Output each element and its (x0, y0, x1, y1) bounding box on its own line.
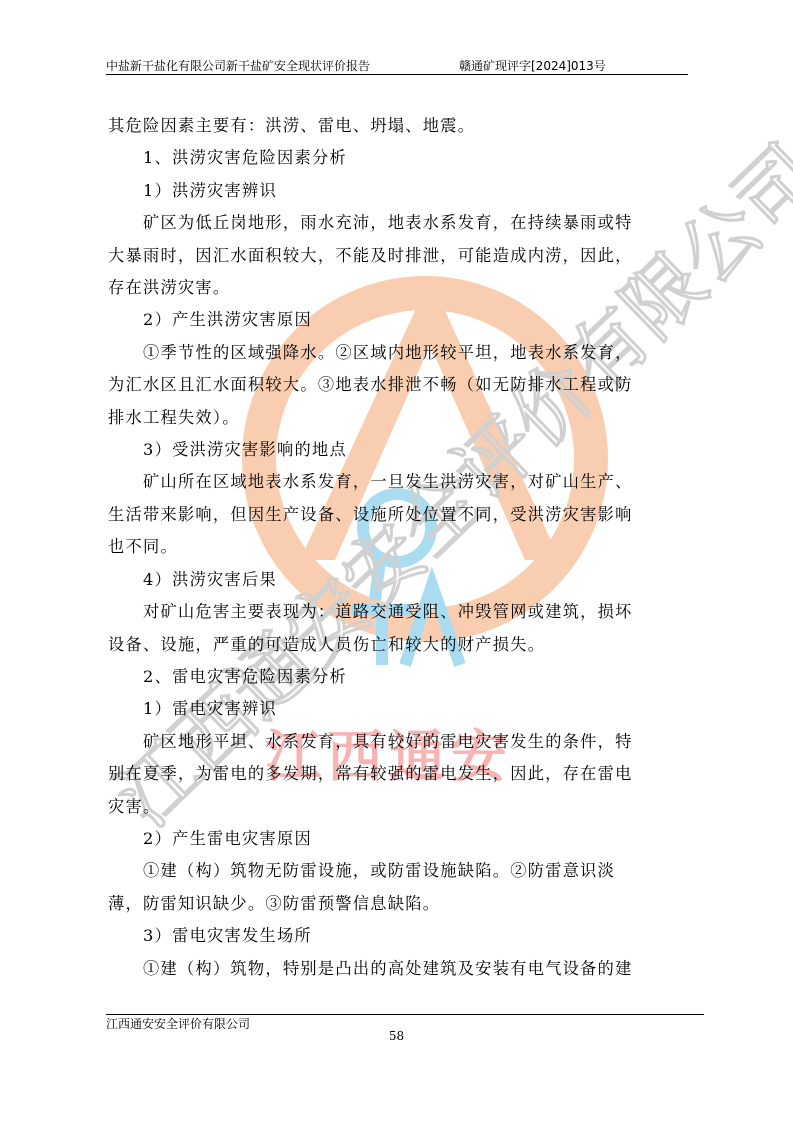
paragraph-line: 别在夏季，为雷电的多发期，常有较强的雷电发生，因此，存在雷电 (108, 758, 686, 790)
paragraph-line: 也不同。 (108, 531, 686, 563)
paragraph-line: ①建（构）筑物无防雷设施，或防雷设施缺陷。②防雷意识淡 (108, 855, 686, 887)
paragraph-line: ①季节性的区域强降水。②区域内地形较平坦，地表水系发育， (108, 337, 686, 369)
paragraph-line: 矿山所在区域地表水系发育，一旦发生洪涝灾害，对矿山生产、 (108, 466, 686, 498)
paragraph-line: 存在洪涝灾害。 (108, 272, 686, 304)
paragraph-line: 1）洪涝灾害辨识 (108, 175, 686, 207)
paragraph-line: 其危险因素主要有：洪涝、雷电、坍塌、地震。 (108, 110, 686, 142)
paragraph-line: 排水工程失效）。 (108, 402, 686, 434)
paragraph-line: 设备、设施，严重的可造成人员伤亡和较大的财产损失。 (108, 629, 686, 661)
paragraph-line: 对矿山危害主要表现为：道路交通受阻、冲毁管网或建筑，损坏 (108, 596, 686, 628)
paragraph-line: 3）受洪涝灾害影响的地点 (108, 434, 686, 466)
page-number: 58 (0, 1029, 793, 1043)
report-title: 中盐新干盐化有限公司新干盐矿安全现状评价报告 (106, 57, 370, 74)
paragraph-line: 薄，防雷知识缺少。③防雷预警信息缺陷。 (108, 888, 686, 920)
document-page: 中盐新干盐化有限公司新干盐矿安全现状评价报告 赣通矿现评字[2024]013号 … (0, 0, 793, 1122)
paragraph-line: 1、洪涝灾害危险因素分析 (108, 142, 686, 174)
paragraph-line: 2）产生雷电灾害原因 (108, 823, 686, 855)
paragraph-line: 大暴雨时，因汇水面积较大，不能及时排泄，可能造成内涝，因此， (108, 240, 686, 272)
page-header: 中盐新干盐化有限公司新干盐矿安全现状评价报告 赣通矿现评字[2024]013号 (106, 56, 688, 75)
paragraph-line: 4）洪涝灾害后果 (108, 564, 686, 596)
paragraph-line: 为汇水区且汇水面积较大。③地表水排泄不畅（如无防排水工程或防 (108, 369, 686, 401)
paragraph-line: 矿区地形平坦、水系发育，具有较好的雷电灾害发生的条件，特 (108, 726, 686, 758)
paragraph-line: 2）产生洪涝灾害原因 (108, 304, 686, 336)
report-number: 赣通矿现评字[2024]013号 (459, 57, 606, 74)
paragraph-line: 矿区为低丘岗地形，雨水充沛，地表水系发育，在持续暴雨或特 (108, 207, 686, 239)
paragraph-line: 3）雷电灾害发生场所 (108, 920, 686, 952)
paragraph-line: ①建（构）筑物，特别是凸出的高处建筑及安装有电气设备的建 (108, 953, 686, 985)
paragraph-line: 灾害。 (108, 791, 686, 823)
paragraph-line: 生活带来影响，但因生产设备、设施所处位置不同，受洪涝灾害影响 (108, 499, 686, 531)
paragraph-line: 2、雷电灾害危险因素分析 (108, 661, 686, 693)
document-body: 其危险因素主要有：洪涝、雷电、坍塌、地震。1、洪涝灾害危险因素分析1）洪涝灾害辨… (108, 110, 686, 985)
paragraph-line: 1）雷电灾害辨识 (108, 693, 686, 725)
